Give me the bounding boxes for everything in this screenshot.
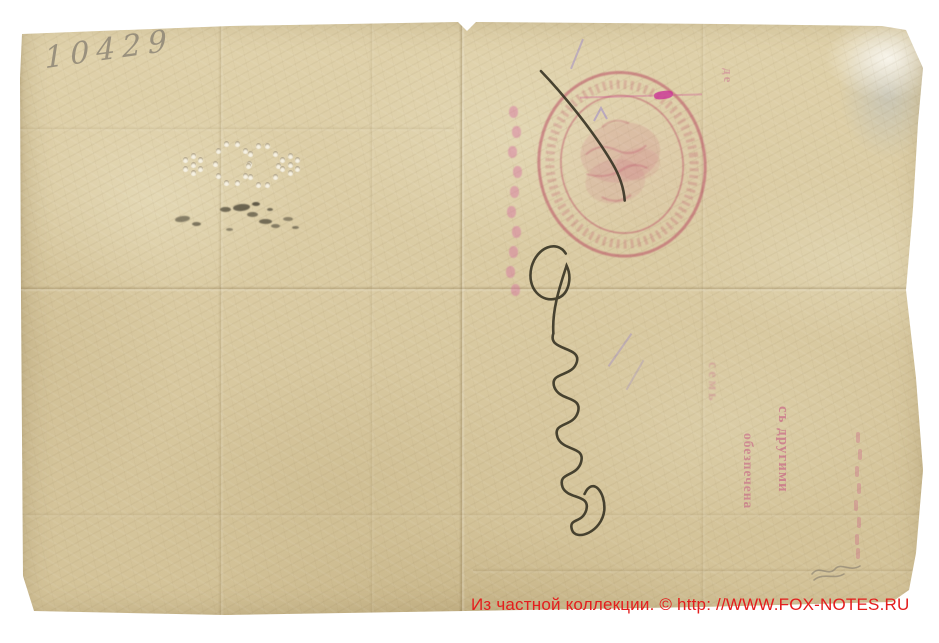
perforation-hole (280, 166, 285, 171)
perforation-hole (183, 157, 188, 162)
perforation-hole (256, 143, 261, 148)
perforation-hole (198, 166, 203, 171)
perforation-hole (191, 170, 196, 175)
perforation-hole (280, 157, 285, 162)
fold-crease-horizontal-faint-bottom (20, 512, 925, 518)
perforation-hole (288, 153, 293, 158)
perforation-hole (246, 163, 251, 168)
perforation-hole (198, 157, 203, 162)
fold-crease-horizontal-faint-top (20, 126, 454, 132)
perforation-hole (191, 162, 196, 167)
overprint-text-sem: семь (704, 362, 720, 404)
perforation-hole (273, 151, 278, 156)
perforation-hole (288, 170, 293, 175)
overprint-text-obezpechena: обезпечена (740, 433, 756, 509)
fold-crease-center-vertical (459, 18, 465, 618)
perforation-hole (248, 151, 253, 156)
perforation-hole (183, 166, 188, 171)
overprint-text-s-drugimi: съ другими (774, 406, 791, 493)
perforation-hole (216, 173, 221, 178)
pencil-serial-number: 10429 (44, 23, 174, 76)
perforation-hole (265, 143, 270, 148)
scan-background: 10429 (0, 0, 939, 643)
lavender-arrow-mark (592, 106, 610, 124)
pencil-scribble (810, 556, 866, 586)
perforation-hole (224, 141, 229, 146)
perforation-hole (288, 162, 293, 167)
fold-crease-vertical-faint (369, 18, 375, 618)
perforation-hole (224, 180, 229, 185)
overprint-text-de: де (720, 68, 736, 84)
paper-texture (20, 18, 925, 618)
perforation-hole (235, 141, 240, 146)
perforation-hole (265, 182, 270, 187)
perforation-hole (235, 180, 240, 185)
fold-crease-center-horizontal (20, 286, 925, 292)
perforation-hole (295, 166, 300, 171)
collection-watermark-text: Из частной коллекции. © http: //WWW.FOX-… (471, 595, 909, 615)
perforation-hole (295, 157, 300, 162)
perforation-hole (248, 174, 253, 179)
perforation-hole (191, 153, 196, 158)
fold-crease-left-vertical (218, 18, 224, 618)
banknote-back-photo: 10429 (20, 18, 925, 618)
perforation-hole (213, 161, 218, 166)
handwritten-signature-ink (496, 46, 685, 549)
perforation-hole (216, 148, 221, 153)
perforation-hole (273, 174, 278, 179)
perforation-hole (256, 182, 261, 187)
